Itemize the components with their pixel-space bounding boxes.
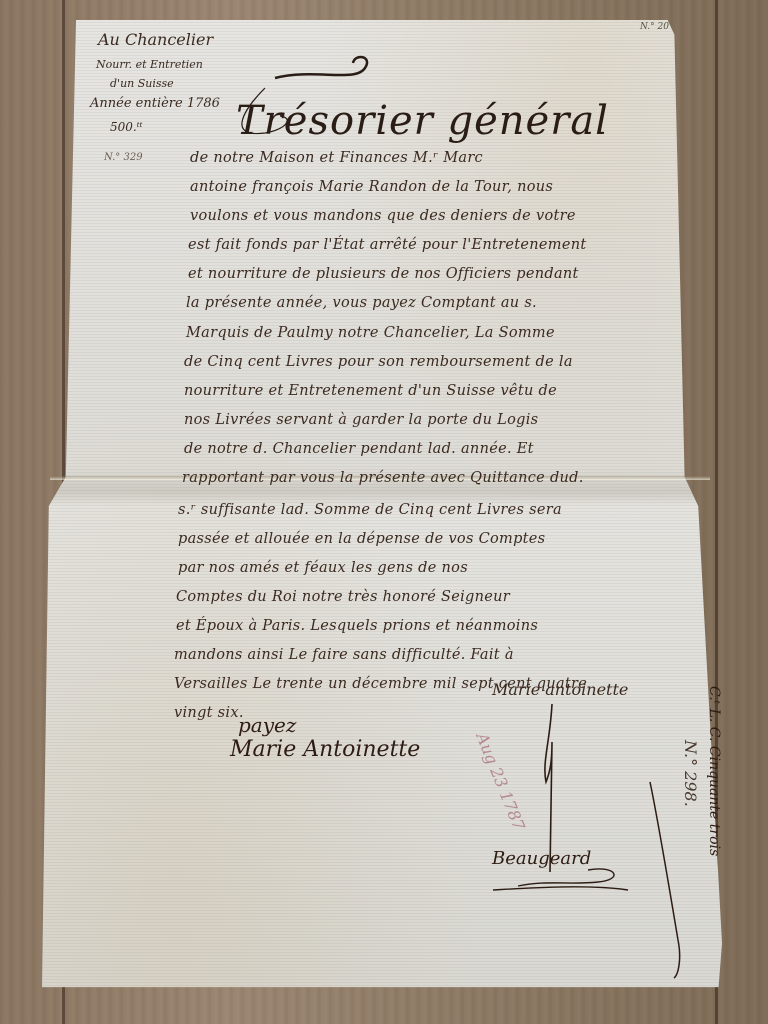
corner-note-line: Nourr. et Entretien — [96, 58, 203, 71]
body-line: s.ʳ suffisante lad. Somme de Cinq cent L… — [178, 502, 562, 518]
body-line: de notre Maison et Finances M.ʳ Marc — [190, 150, 483, 166]
body-line: est fait fonds par l'État arrêté pour l'… — [188, 237, 587, 253]
corner-note-line: Année entière 1786 — [90, 96, 220, 111]
body-line: de notre d. Chancelier pendant lad. anné… — [184, 441, 534, 457]
body-line: Marquis de Paulmy notre Chancelier, La S… — [186, 325, 555, 341]
corner-note-amount: 500.ᵗᵗ — [110, 120, 143, 134]
body-line: voulons et vous mandons que des deniers … — [190, 208, 576, 224]
body-line: Comptes du Roi notre très honoré Seigneu… — [176, 589, 510, 605]
body-line: antoine françois Marie Randon de la Tour… — [190, 179, 553, 195]
margin-vertical-annotation: C.ᵗ L. C. Cinquante trois — [706, 686, 722, 856]
corner-note-ref: N.° 329 — [104, 152, 143, 163]
queen-signature-secondary: Marie antoinette — [492, 680, 628, 699]
body-line: de Cinq cent Livres pour son rembourseme… — [184, 354, 573, 370]
signature-flourish-icon — [488, 860, 638, 900]
corner-note-line: d'un Suisse — [110, 77, 174, 90]
body-line: passée et allouée en la dépense de vos C… — [178, 531, 545, 547]
body-line: vingt six. — [174, 705, 244, 721]
body-line: et Époux à Paris. Lesquels prions et néa… — [176, 618, 538, 634]
document-heading: Trésorier général — [236, 98, 609, 144]
corner-note-title: Au Chancelier — [98, 30, 213, 49]
body-line: la présente année, vous payez Comptant a… — [186, 295, 537, 311]
body-line: et nourriture de plusieurs de nos Offici… — [188, 266, 579, 282]
body-line: par nos amés et féaux les gens de nos — [178, 560, 468, 576]
queen-signature-main: Marie Antoinette — [230, 737, 420, 762]
margin-stroke-icon — [648, 780, 688, 980]
body-line: rapportant par vous la présente avec Qui… — [182, 470, 584, 486]
top-right-number: N.° 20 — [640, 22, 669, 32]
body-line: mandons ainsi Le faire sans difficulté. … — [174, 647, 514, 663]
body-line: nos Livrées servant à garder la porte du… — [184, 412, 538, 428]
payez-signature: payez — [238, 713, 296, 737]
body-line: nourriture et Entretenement d'un Suisse … — [184, 383, 557, 399]
